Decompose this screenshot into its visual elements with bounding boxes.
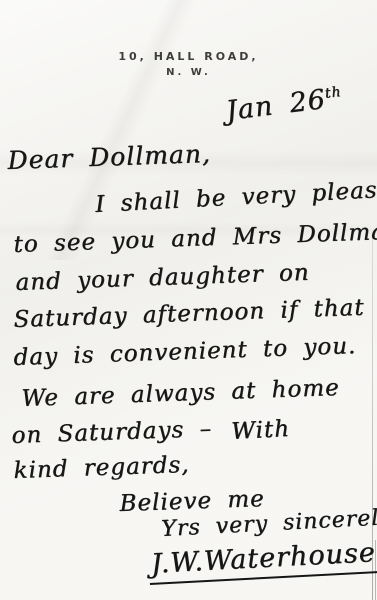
scanned-letter: 10, HALL ROAD, N. W. Jan 26th Dear Dollm…: [0, 0, 377, 600]
letterhead-district: N. W.: [0, 67, 377, 78]
letterhead: 10, HALL ROAD, N. W.: [0, 50, 377, 78]
letterhead-address: 10, HALL ROAD,: [0, 50, 377, 63]
letter-line: on Saturdays –: [11, 416, 212, 449]
letter-line: and your daughter on: [15, 260, 310, 296]
letter-line: Saturday afternoon if that: [13, 295, 365, 333]
letter-line: kind regards,: [13, 452, 190, 484]
letter-line: I shall be very pleased: [95, 176, 377, 218]
salutation: Dear Dollman,: [7, 139, 211, 175]
letter-line: With: [231, 416, 291, 445]
letter-date-main: Jan 26: [224, 84, 327, 127]
paper-crease: [0, 0, 240, 260]
letter-line: day is convenient to you.: [13, 333, 357, 371]
letter-date: Jan 26th: [224, 82, 344, 127]
letter-line: to see you and Mrs Dollman,: [13, 218, 377, 258]
signature: J.W.Waterhouse: [148, 537, 377, 585]
letter-line: We are always at home: [21, 375, 340, 412]
letter-date-suffix: th: [324, 84, 342, 102]
